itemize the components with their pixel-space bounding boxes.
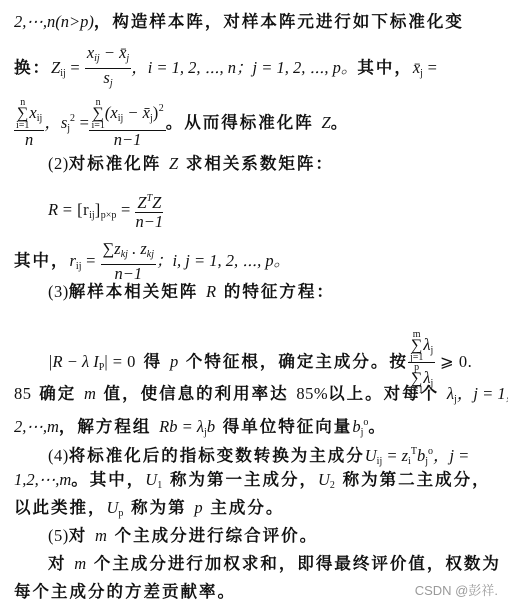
z-fraction: xij − x̄jsj <box>85 44 131 93</box>
step-4-heading: (4)将标准化后的指标变数转换为主成分Uij = ziTbjo，j = <box>48 442 469 472</box>
line-3-mean-variance: n∑i=1xijn，sj2 =n∑i=1(xij − x̄j)2n−1。从而得标… <box>14 98 349 149</box>
line-6-rij: 其中，rij = ∑zkj . zkjn−1；i, j = 1, 2, ⋯, p… <box>14 240 290 283</box>
line-15: 对 m 个主成分进行加权求和，即得最终评价值，权数为 <box>48 554 501 574</box>
line-1: 2,⋯,n(n>p)，构造样本阵，对样本阵元进行如下标准化变 <box>14 12 464 32</box>
step-5-heading: (5)对 m 个主成分进行综合评价。 <box>48 526 318 546</box>
line-16: 每个主成分的方差贡献率。 <box>14 582 236 602</box>
line-9: 85 确定 m 值，使信息的利用率达 85%以上。对每个 λj，j = 1， <box>14 384 508 410</box>
correlation-matrix-formula: R = [rij]p×p = ZTZn−1 <box>48 190 163 231</box>
mean-fraction: n∑i=1xijn <box>14 98 44 149</box>
line-12: 1,2,⋯,m。其中，U1 称为第一主成分，U2 称为第二主成分， <box>14 470 491 496</box>
csdn-watermark: CSDN @彭祥. <box>415 580 498 599</box>
line-13: 以此类推，Up 称为第 p 主成分。 <box>14 498 284 524</box>
line-10: 2,⋯,m，解方程组 Rb = λjb 得单位特征向量bjo。 <box>14 413 387 443</box>
line-2-standardization-formula: 换：Zij = xij − x̄jsj，i = 1, 2, ⋯, n；j = 1… <box>14 44 437 93</box>
variance-fraction: n∑i=1(xij − x̄j)2n−1 <box>89 98 165 149</box>
step-3-heading: (3)解样本相关矩阵 R 的特征方程： <box>48 282 335 302</box>
step-2-heading: (2)对标准化阵 Z 求相关系数矩阵： <box>48 154 334 174</box>
